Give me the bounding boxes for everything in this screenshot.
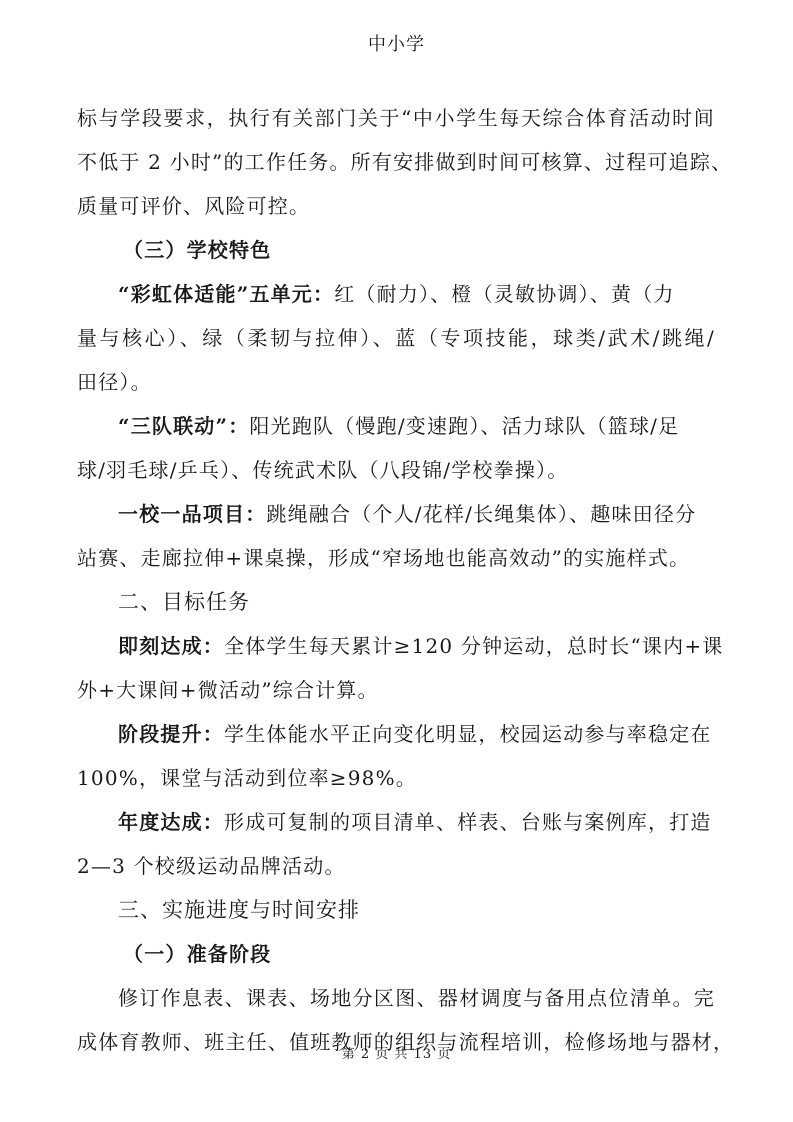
preparation-stage-heading: （一）准备阶段: [77, 932, 717, 976]
immediate-goal-text-1: 全体学生每天累计≥120 分钟运动，总时长“课内+课: [224, 634, 723, 658]
intro-line-1: 标与学段要求，执行有关部门关于“中小学生每天综合体育活动时间: [77, 96, 715, 140]
rainbow-paragraph-line-3: 田径）。: [77, 360, 717, 404]
rainbow-text-1: 红（耐力）、橙（灵敏协调）、黄（力: [334, 282, 674, 306]
three-teams-label: “三队联动”：: [118, 414, 249, 438]
stage-goal-line-2: 100%，课堂与活动到位率≥98%。: [77, 756, 717, 800]
three-teams-text-1: 阳光跑队（慢跑/变速跑）、活力球队（篮球/足: [249, 414, 679, 438]
rainbow-label: “彩虹体适能”五单元：: [118, 282, 334, 306]
stage-goal-text-1: 学生体能水平正向变化明显，校园运动参与率稳定在: [224, 722, 712, 746]
annual-goal-label: 年度达成：: [118, 810, 224, 834]
intro-line-3: 质量可评价、风险可控。: [77, 184, 717, 228]
stage-goal-line-1: 阶段提升：学生体能水平正向变化明显，校园运动参与率稳定在: [77, 712, 717, 756]
three-teams-line-1: “三队联动”：阳光跑队（慢跑/变速跑）、活力球队（篮球/足: [77, 404, 717, 448]
intro-line-2: 不低于 2 小时”的工作任务。所有安排做到时间可核算、过程可追踪、: [77, 140, 715, 184]
rainbow-paragraph-line-1: “彩虹体适能”五单元：红（耐力）、橙（灵敏协调）、黄（力: [77, 272, 717, 316]
one-school-one-item-text-1: 跳绳融合（个人/花样/长绳集体）、趣味田径分: [266, 502, 696, 526]
rainbow-paragraph-line-2: 量与核心）、绿（柔韧与拉伸）、蓝（专项技能，球类/武术/跳绳/: [77, 316, 715, 360]
immediate-goal-line-2: 外+大课间+微活动”综合计算。: [77, 668, 717, 712]
annual-goal-text-1: 形成可复制的项目清单、样表、台账与案例库，打造: [224, 810, 712, 834]
schedule-heading: 三、实施进度与时间安排: [77, 888, 717, 932]
one-school-one-item-line-1: 一校一品项目：跳绳融合（个人/花样/长绳集体）、趣味田径分: [77, 492, 717, 536]
annual-goal-line-1: 年度达成：形成可复制的项目清单、样表、台账与案例库，打造: [77, 800, 717, 844]
one-school-one-item-label: 一校一品项目：: [118, 502, 266, 526]
three-teams-line-2: 球/羽毛球/乒乓）、传统武术队（八段锦/学校拳操）。: [77, 448, 717, 492]
annual-goal-line-2: 2—3 个校级运动品牌活动。: [77, 844, 717, 888]
stage-goal-label: 阶段提升：: [118, 722, 224, 746]
goals-heading: 二、目标任务: [77, 580, 717, 624]
document-body: 标与学段要求，执行有关部门关于“中小学生每天综合体育活动时间 不低于 2 小时”…: [77, 96, 717, 1064]
page-number: 第 2 页 共 13 页: [0, 1043, 793, 1062]
page-header: 中小学: [0, 30, 793, 56]
one-school-one-item-line-2: 站赛、走廊拉伸+课桌操，形成“窄场地也能高效动”的实施样式。: [77, 536, 717, 580]
immediate-goal-label: 即刻达成：: [118, 634, 224, 658]
preparation-line-1: 修订作息表、课表、场地分区图、器材调度与备用点位清单。完: [77, 976, 715, 1020]
school-features-heading: （三）学校特色: [77, 228, 717, 272]
immediate-goal-line-1: 即刻达成：全体学生每天累计≥120 分钟运动，总时长“课内+课: [77, 624, 717, 668]
